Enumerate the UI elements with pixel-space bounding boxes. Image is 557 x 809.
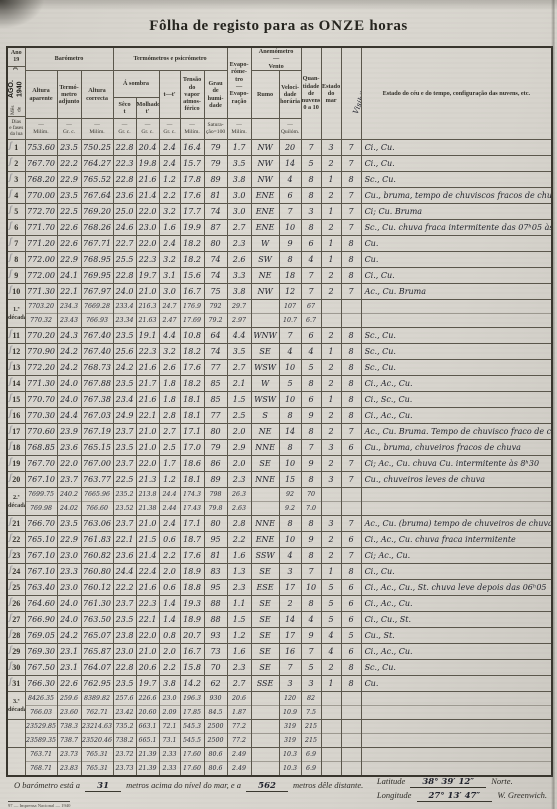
unit-label: — Milím. xyxy=(227,119,251,140)
cell-visib xyxy=(341,748,361,777)
summary-top-value: 735.2 xyxy=(114,720,136,734)
summary-top-value: 107 xyxy=(280,300,301,314)
cell-vel: 15 xyxy=(279,472,301,488)
cell-visib: 6 xyxy=(341,644,361,660)
cell-vel: 14 xyxy=(279,612,301,628)
cell-dif: 3.8 xyxy=(159,676,180,692)
cell-quant: 4 xyxy=(301,344,321,360)
cell-alt-corr: 769.95 xyxy=(81,268,113,284)
cell-tensao: 176.917.69 xyxy=(180,300,204,328)
summary-top-value: 234.3 xyxy=(58,300,81,314)
cell-term: 738.3738.7 xyxy=(57,720,81,748)
cell-quant: 8 xyxy=(301,516,321,532)
cell-alt-ap: 763.71768.71 xyxy=(25,748,57,777)
cell-evap: 2.3 xyxy=(227,660,251,676)
cell-rumo xyxy=(251,692,279,720)
cell-grau: 79279.2 xyxy=(204,300,227,328)
summary-top-value: 233.4 xyxy=(114,300,136,314)
cell-seco: 23.5 xyxy=(113,328,136,344)
cell-tensao: 18.1 xyxy=(180,392,204,408)
cell-dif: 3.2 xyxy=(159,252,180,268)
cell-mar: 1 xyxy=(321,252,341,268)
cell-tensao: 18.2 xyxy=(180,376,204,392)
cell-quant: 8 xyxy=(301,172,321,188)
cell-seco: 25.6 xyxy=(113,344,136,360)
summary-bottom-value: 24.02 xyxy=(58,502,81,515)
cell-dif: 23.02.09 xyxy=(159,692,180,720)
unit-label: — Milím. xyxy=(180,119,204,140)
cell-vel: 12 xyxy=(279,284,301,300)
cell-alt-ap: 767.50 xyxy=(25,660,57,676)
cell-visib: 7 xyxy=(341,516,361,532)
decade-2-label: 2.ª década xyxy=(7,488,25,516)
cell-grau: 64 xyxy=(204,328,227,344)
cell-molhado: 19.7 xyxy=(136,676,159,692)
cell-alt-ap: 770.00 xyxy=(25,188,57,204)
humidity-degree-header: Grau de humi- dade xyxy=(204,71,227,119)
cell-day: 27 xyxy=(7,612,25,628)
cell-day: 15 xyxy=(7,392,25,408)
summary-bottom-value xyxy=(362,502,552,515)
cell-seco: 23.7 xyxy=(113,596,136,612)
cell-day: 6 xyxy=(7,220,25,236)
summary-bottom-value: 769.98 xyxy=(26,502,57,515)
cell-evap: 1.2 xyxy=(227,628,251,644)
cell-alt-ap: 766.70 xyxy=(25,516,57,532)
cell-day: 2 xyxy=(7,156,25,172)
cell-quant: 9 xyxy=(301,408,321,424)
cell-evap: 1.7 xyxy=(227,140,251,156)
cell-evap: 26.32.63 xyxy=(227,488,251,516)
cell-rumo: NE xyxy=(251,424,279,440)
summary-top-value: 92 xyxy=(280,488,301,502)
summary-bottom-value xyxy=(342,734,361,747)
cell-tensao: 19.3 xyxy=(180,596,204,612)
cell-rumo xyxy=(251,720,279,748)
cell-mar: 1 xyxy=(321,392,341,408)
cell-day: 19 xyxy=(7,456,25,472)
cell-alt-corr: 761.30 xyxy=(81,596,113,612)
cell-vel: 4 xyxy=(279,344,301,360)
table-row: 3768.2022.9765.5222.821.61.217.8893.8NW4… xyxy=(7,172,552,188)
cell-tensao: 18.7 xyxy=(180,532,204,548)
summary-bottom-value: 2.09 xyxy=(160,706,180,719)
cell-alt-corr: 767.97 xyxy=(81,284,113,300)
summary-top-value: 763.71 xyxy=(26,748,57,762)
visibility-handwritten-label: Visibilidade xyxy=(351,71,361,116)
summary-top-value: 24.4 xyxy=(160,488,180,502)
cell-term: 22.9 xyxy=(57,252,81,268)
cell-evap: 29.72.97 xyxy=(227,300,251,328)
cell-vel: 3 xyxy=(279,564,301,580)
cell-alt-corr: 768.26 xyxy=(81,220,113,236)
cell-rumo: ESE xyxy=(251,580,279,596)
cell-estado: Ci., Ac., Cu. xyxy=(361,644,552,660)
cell-term: 23.9 xyxy=(57,424,81,440)
cell-visib: 7 xyxy=(341,156,361,172)
unit-label: — Gr. c. xyxy=(57,119,81,140)
table-row: 23767.1023.0760.8223.621.42.217.6811.6SS… xyxy=(7,548,552,564)
cell-molhado: 21.7 xyxy=(136,376,159,392)
cell-grau: 70 xyxy=(204,660,227,676)
cell-visib: 8 xyxy=(341,676,361,692)
cell-visib: 8 xyxy=(341,564,361,580)
table-row: 26764.6024.0761.3023.722.31.419.3881.1SE… xyxy=(7,596,552,612)
cell-quant: 5 xyxy=(301,156,321,172)
unit-label: — Gr. c. xyxy=(113,119,136,140)
cell-rumo: S xyxy=(251,408,279,424)
cell-alt-ap: 770.20 xyxy=(25,328,57,344)
cell-day: 25 xyxy=(7,580,25,596)
cell-rumo: NW xyxy=(251,284,279,300)
cell-evap: 20.61.87 xyxy=(227,692,251,720)
summary-bottom-value: 6.9 xyxy=(302,762,321,775)
cell-grau: 85 xyxy=(204,392,227,408)
table-row: 13772.2024.2768.7324.221.62.617.6772.7WS… xyxy=(7,360,552,376)
cell-quant: 7 xyxy=(301,140,321,156)
summary-top-value: 23214.63 xyxy=(82,720,113,734)
cell-vel: 18 xyxy=(279,268,301,284)
cell-quant: 5 xyxy=(301,660,321,676)
cell-rumo: ENE xyxy=(251,220,279,236)
cell-day: 28 xyxy=(7,628,25,644)
cell-term: 22.2 xyxy=(57,156,81,172)
cell-alt-ap: 767.70 xyxy=(25,456,57,472)
summary-bottom-value: 10.7 xyxy=(280,314,301,327)
cell-seco: 735.2738.2 xyxy=(113,720,136,748)
summary-top-value: 6.9 xyxy=(302,748,321,762)
cell-vel: 8 xyxy=(279,516,301,532)
cell-alt-corr: 769.20 xyxy=(81,204,113,220)
cell-estado: Sc., Cu. xyxy=(361,344,552,360)
cell-rumo: NNE xyxy=(251,472,279,488)
cell-tensao: 545.3545.5 xyxy=(180,720,204,748)
summary-top-value: 213.8 xyxy=(137,488,159,502)
table-header: Ano 19 Mês de AGO. 1940 ☽ Dias e fases d… xyxy=(7,47,552,140)
corrected-height-header: Altura correcta xyxy=(81,71,113,119)
cell-molhado: 21.4 xyxy=(136,188,159,204)
cell-rumo: SE xyxy=(251,456,279,472)
summary-bottom-value xyxy=(322,734,341,747)
table-row: 20767.1023.7763.7722.521.31.218.1892.3NN… xyxy=(7,472,552,488)
summary-bottom-value: 23.43 xyxy=(58,314,81,327)
summary-bottom-value: 766.03 xyxy=(26,706,57,719)
barometer-note: O barómetro está a 31 metros acima do ní… xyxy=(14,780,363,791)
cell-tensao: 18.2 xyxy=(180,252,204,268)
summary-bottom-value: 23.34 xyxy=(114,314,136,327)
cell-term: 24.0 xyxy=(57,612,81,628)
barometer-group-header: Barómetro xyxy=(25,47,113,71)
cell-estado: Sc., Cu. xyxy=(361,360,552,376)
cell-mar xyxy=(321,488,341,516)
cell-mar: 2 xyxy=(321,220,341,236)
cell-dif: 1.8 xyxy=(159,376,180,392)
cell-evap: 2.492.49 xyxy=(227,748,251,777)
table-row: 15770.7024.0767.3823.421.61.818.1851.5WS… xyxy=(7,392,552,408)
sky-state-header: Estado do céu e do tempo, configuração d… xyxy=(361,47,552,140)
summary-top-value: 930 xyxy=(205,692,227,706)
cell-visib xyxy=(341,488,361,516)
cell-grau: 88 xyxy=(204,596,227,612)
cell-molhado: 19.1 xyxy=(136,328,159,344)
cell-quant: 8 xyxy=(301,596,321,612)
cell-alt-corr: 768.73 xyxy=(81,360,113,376)
summary-bottom-value: 9.2 xyxy=(280,502,301,515)
cell-dif: 3.2 xyxy=(159,344,180,360)
cell-estado: Ci., Cu. xyxy=(361,140,552,156)
summary-row: 3.ª década8426.35766.03259.623.608389.82… xyxy=(7,692,552,720)
cell-day: 11 xyxy=(7,328,25,344)
apparent-height-header: Altura aparente xyxy=(25,71,57,119)
cell-molhado: 22.0 xyxy=(136,204,159,220)
cell-vel: 4 xyxy=(279,172,301,188)
cell-dif: 1.2 xyxy=(159,172,180,188)
cell-term: 24.0 xyxy=(57,596,81,612)
cell-vel: 319319 xyxy=(279,720,301,748)
cell-alt-corr: 760.12 xyxy=(81,580,113,596)
cell-quant: 8 xyxy=(301,548,321,564)
table-row: 18768.8523.6765.1523.521.02.517.0792.9NN… xyxy=(7,440,552,456)
cell-molhado: 22.1 xyxy=(136,612,159,628)
cell-alt-ap: 772.00 xyxy=(25,268,57,284)
table-row: 16770.3024.4767.0324.922.12.818.1772.5S8… xyxy=(7,408,552,424)
cell-dif: 2.332.33 xyxy=(159,748,180,777)
cell-alt-ap: 771.20 xyxy=(25,236,57,252)
cell-grau: 93 xyxy=(204,628,227,644)
cell-dif: 2.8 xyxy=(159,408,180,424)
summary-top-value: 545.3 xyxy=(181,720,204,734)
cell-vel: 17 xyxy=(279,580,301,596)
cell-dif: 1.7 xyxy=(159,456,180,472)
cell-mar: 1 xyxy=(321,344,341,360)
summary-row: 2.ª década7699.75769.98240.224.027665.96… xyxy=(7,488,552,516)
summary-bottom-value: 17.85 xyxy=(181,706,204,719)
cell-grau: 79879.8 xyxy=(204,488,227,516)
cell-visib: 8 xyxy=(341,344,361,360)
cell-rumo: SE xyxy=(251,612,279,628)
cell-tensao: 17.6017.60 xyxy=(180,748,204,777)
cell-molhado: 21.6 xyxy=(136,172,159,188)
table-row: 19767.7022.0767.0023.722.01.718.6862.0SE… xyxy=(7,456,552,472)
summary-bottom-value: 766.93 xyxy=(82,314,113,327)
cell-quant: 6 xyxy=(301,328,321,344)
table-row: 30767.5023.1764.0722.820.62.215.8702.3SE… xyxy=(7,660,552,676)
cell-evap: 77.277.2 xyxy=(227,720,251,748)
year-label: Ano 19 xyxy=(8,48,25,67)
printer-imprint: 97 — Imprensa Nacional — 1940 xyxy=(8,801,70,808)
cell-seco: 23.5 xyxy=(113,376,136,392)
cell-seco: 24.9 xyxy=(113,408,136,424)
cell-alt-corr: 768.95 xyxy=(81,252,113,268)
cell-visib: 8 xyxy=(341,236,361,252)
cell-quant: 707.0 xyxy=(301,488,321,516)
cell-estado: Sc., Cu. xyxy=(361,328,552,344)
cell-day: 24 xyxy=(7,564,25,580)
cell-term: 23.1 xyxy=(57,660,81,676)
cell-molhado: 21.4 xyxy=(136,548,159,564)
cell-quant: 9 xyxy=(301,628,321,644)
cell-vel: 10 xyxy=(279,532,301,548)
cell-grau: 89 xyxy=(204,172,227,188)
cell-molhado: 21.0 xyxy=(136,284,159,300)
summary-bottom-value xyxy=(252,706,279,719)
summary-bottom-value: 2.44 xyxy=(160,502,180,515)
cell-dif: 24.72.47 xyxy=(159,300,180,328)
summary-bottom-value xyxy=(342,502,361,515)
cell-mar: 3 xyxy=(321,516,341,532)
cell-seco: 23.4 xyxy=(113,392,136,408)
cell-alt-corr: 767.40 xyxy=(81,344,113,360)
summary-top-value xyxy=(342,692,361,706)
table-row: 1753.6023.5750.2522.820.42.416.4791.7NW2… xyxy=(7,140,552,156)
title-prefix: Fôlha de registo para as xyxy=(149,18,318,34)
table-row: 7771.2022.6767.7122.722.02.418.2802.3W96… xyxy=(7,236,552,252)
cell-alt-ap: 763.40 xyxy=(25,580,57,596)
cell-seco: 23.6 xyxy=(113,548,136,564)
cell-mar xyxy=(321,300,341,328)
cell-rumo: NNE xyxy=(251,516,279,532)
summary-top-value: 23.0 xyxy=(160,692,180,706)
cell-grau: 80 xyxy=(204,236,227,252)
cell-alt-corr: 23214.6323520.46 xyxy=(81,720,113,748)
cell-tensao: 18.2 xyxy=(180,344,204,360)
cell-mar: 2 xyxy=(321,548,341,564)
cell-evap: 4.4 xyxy=(227,328,251,344)
cell-tensao: 18.1 xyxy=(180,408,204,424)
cell-vel: 2 xyxy=(279,596,301,612)
summary-bottom-value: 2.47 xyxy=(160,314,180,327)
cell-visib: 8 xyxy=(341,660,361,676)
cell-rumo: SE xyxy=(251,596,279,612)
cell-rumo: W xyxy=(251,236,279,252)
cell-seco: 23.5 xyxy=(113,676,136,692)
cell-mar: 2 xyxy=(321,532,341,548)
summary-bottom-value: 17.69 xyxy=(181,314,204,327)
cell-visib xyxy=(341,720,361,748)
cell-evap: 2.2 xyxy=(227,532,251,548)
cell-rumo: WSW xyxy=(251,360,279,376)
cell-day: 26 xyxy=(7,596,25,612)
cell-seco: 23.8 xyxy=(113,628,136,644)
cell-evap: 2.9 xyxy=(227,440,251,456)
cell-visib: 6 xyxy=(341,580,361,596)
cell-visib: 7 xyxy=(341,456,361,472)
cell-day: 3 xyxy=(7,172,25,188)
summary-bottom-value: 23.73 xyxy=(114,762,136,775)
cell-seco: 23.7 xyxy=(113,456,136,472)
cell-term: 259.623.60 xyxy=(57,692,81,720)
summary-bottom-value xyxy=(362,734,552,747)
cell-alt-corr: 765.31765.31 xyxy=(81,748,113,777)
cell-estado: Ci., Ac., Cu. xyxy=(361,408,552,424)
summary-row: 763.71768.7123.7323.83765.31765.3123.722… xyxy=(7,748,552,777)
cell-day: 1 xyxy=(7,140,25,156)
table-row: 24767.1023.3760.8024.422.42.018.9831.3SE… xyxy=(7,564,552,580)
summary-top-value: 215 xyxy=(302,720,321,734)
summary-top-value xyxy=(362,720,552,734)
cell-mar: 2 xyxy=(321,424,341,440)
cell-dif: 2.4 xyxy=(159,516,180,532)
summary-top-value: 2.49 xyxy=(228,748,251,762)
cell-seco: 22.5 xyxy=(113,472,136,488)
cell-molhado: 20.6 xyxy=(136,660,159,676)
cell-dif: 1.4 xyxy=(159,596,180,612)
cell-grau: 85 xyxy=(204,376,227,392)
cell-quant: 8 xyxy=(301,188,321,204)
cell-grau: 77 xyxy=(204,408,227,424)
cell-term: 23.5 xyxy=(57,140,81,156)
cell-mar: 2 xyxy=(321,376,341,392)
summary-bottom-value: 2500 xyxy=(205,734,227,747)
cell-seco: 22.8 xyxy=(113,172,136,188)
summary-bottom-value: 545.5 xyxy=(181,734,204,747)
cell-rumo: SSW xyxy=(251,548,279,564)
cell-grau: 80.680.6 xyxy=(204,748,227,777)
cell-molhado: 21.0 xyxy=(136,644,159,660)
table-row: 31766.3022.6762.9523.519.73.814.2622.7SS… xyxy=(7,676,552,692)
table-row: 28769.0524.2765.0723.822.00.820.7931.2SE… xyxy=(7,628,552,644)
cell-rumo: NE xyxy=(251,268,279,284)
cell-evap: 3.3 xyxy=(227,268,251,284)
summary-top-value: 7703.20 xyxy=(26,300,57,314)
cell-term: 240.224.02 xyxy=(57,488,81,516)
t-difference-header: t—t' xyxy=(159,71,180,119)
cell-molhado: 19.8 xyxy=(136,156,159,172)
cell-seco: 24.4 xyxy=(113,564,136,580)
latitude-value: 38° 39′ 12″ xyxy=(410,777,486,788)
summary-bottom-value: 77.2 xyxy=(228,734,251,747)
cell-visib: 6 xyxy=(341,612,361,628)
cell-alt-corr: 765.87 xyxy=(81,644,113,660)
summary-top-value: 24.7 xyxy=(160,300,180,314)
summary-bottom-value: 665.1 xyxy=(137,734,159,747)
cell-quant: 8 xyxy=(301,220,321,236)
cell-alt-corr: 767.19 xyxy=(81,424,113,440)
cell-vel: 8 xyxy=(279,440,301,456)
cell-seco: 23.5 xyxy=(113,612,136,628)
cell-seco: 23.7223.73 xyxy=(113,748,136,777)
cell-day: 20 xyxy=(7,472,25,488)
cell-term: 23.7323.83 xyxy=(57,748,81,777)
cell-alt-ap: 765.10 xyxy=(25,532,57,548)
cell-dif: 2.2 xyxy=(159,660,180,676)
summary-bottom-value: 20.60 xyxy=(137,706,159,719)
cell-visib: 6 xyxy=(341,596,361,612)
cell-visib: 6 xyxy=(341,532,361,548)
cell-dif: 2.4 xyxy=(159,156,180,172)
cell-vel: 10 xyxy=(279,392,301,408)
summary-bottom-value: 6.7 xyxy=(302,314,321,327)
summary-top-value: 80.6 xyxy=(205,748,227,762)
summary-top-value xyxy=(252,300,279,314)
cell-alt-corr: 8389.82762.71 xyxy=(81,692,113,720)
table-row: 2767.7022.2764.2722.319.82.415.7793.5NW1… xyxy=(7,156,552,172)
cell-estado: Ci., Ac., Cu. chuva fraca intermitente xyxy=(361,532,552,548)
cell-term: 24.0 xyxy=(57,376,81,392)
cell-quant: 6 xyxy=(301,236,321,252)
cell-dif: 0.8 xyxy=(159,628,180,644)
cell-seco: 22.8 xyxy=(113,140,136,156)
cell-estado: Ci., Cu. xyxy=(361,156,552,172)
cell-day: 22 xyxy=(7,532,25,548)
cell-molhado: 22.3 xyxy=(136,344,159,360)
cell-quant: 676.7 xyxy=(301,300,321,328)
visibility-header: Visibilidade xyxy=(341,47,361,140)
cell-seco: 22.2 xyxy=(113,580,136,596)
vapour-tension-header: Tensão do vapor atmos- férico xyxy=(180,71,204,119)
cell-grau: 88 xyxy=(204,612,227,628)
cell-mar: 5 xyxy=(321,580,341,596)
